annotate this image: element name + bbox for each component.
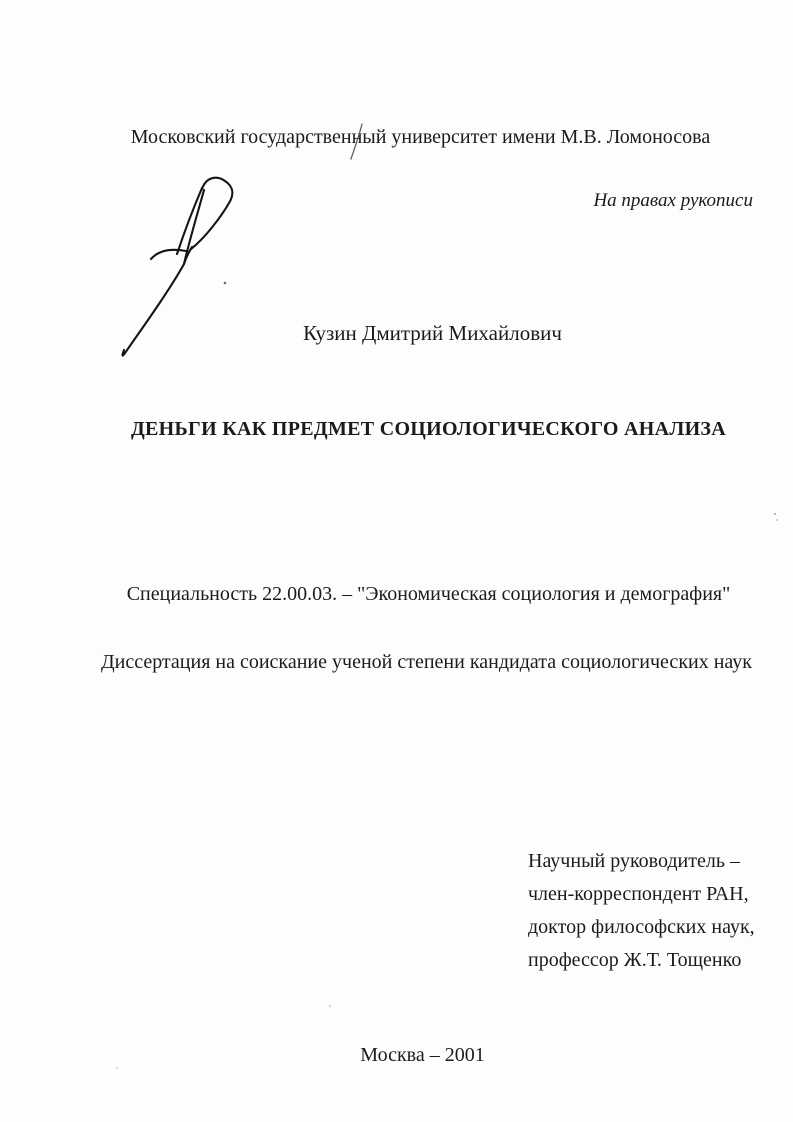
dissertation-title: ДЕНЬГИ КАК ПРЕДМЕТ СОЦИОЛОГИЧЕСКОГО АНАЛ… (32, 418, 793, 441)
supervisor-line: доктор философских наук, (528, 911, 755, 944)
scan-speck (774, 513, 776, 515)
scan-speck (329, 1005, 331, 1007)
scan-speck (224, 282, 227, 285)
thesis-type-line: Диссертация на соискание ученой степени … (30, 651, 793, 674)
author-name: Кузин Дмитрий Михайлович (36, 321, 793, 346)
manuscript-note: На правах рукописи (593, 190, 753, 212)
specialty-line: Специальность 22.00.03. – "Экономическая… (32, 583, 793, 606)
imprint-line: Москва – 2001 (26, 1044, 793, 1067)
scan-speck (776, 519, 778, 521)
scan-speck (116, 1067, 118, 1069)
supervisor-line: профессор Ж.Т. Тощенко (528, 944, 755, 977)
supervisor-line: Научный руководитель – (528, 845, 755, 878)
supervisor-block: Научный руководитель – член-корреспонден… (528, 845, 755, 977)
dissertation-title-page: Московский государственный университет и… (0, 0, 793, 1122)
university-name: Московский государственный университет и… (24, 126, 793, 149)
supervisor-line: член-корреспондент РАН, (528, 878, 755, 911)
